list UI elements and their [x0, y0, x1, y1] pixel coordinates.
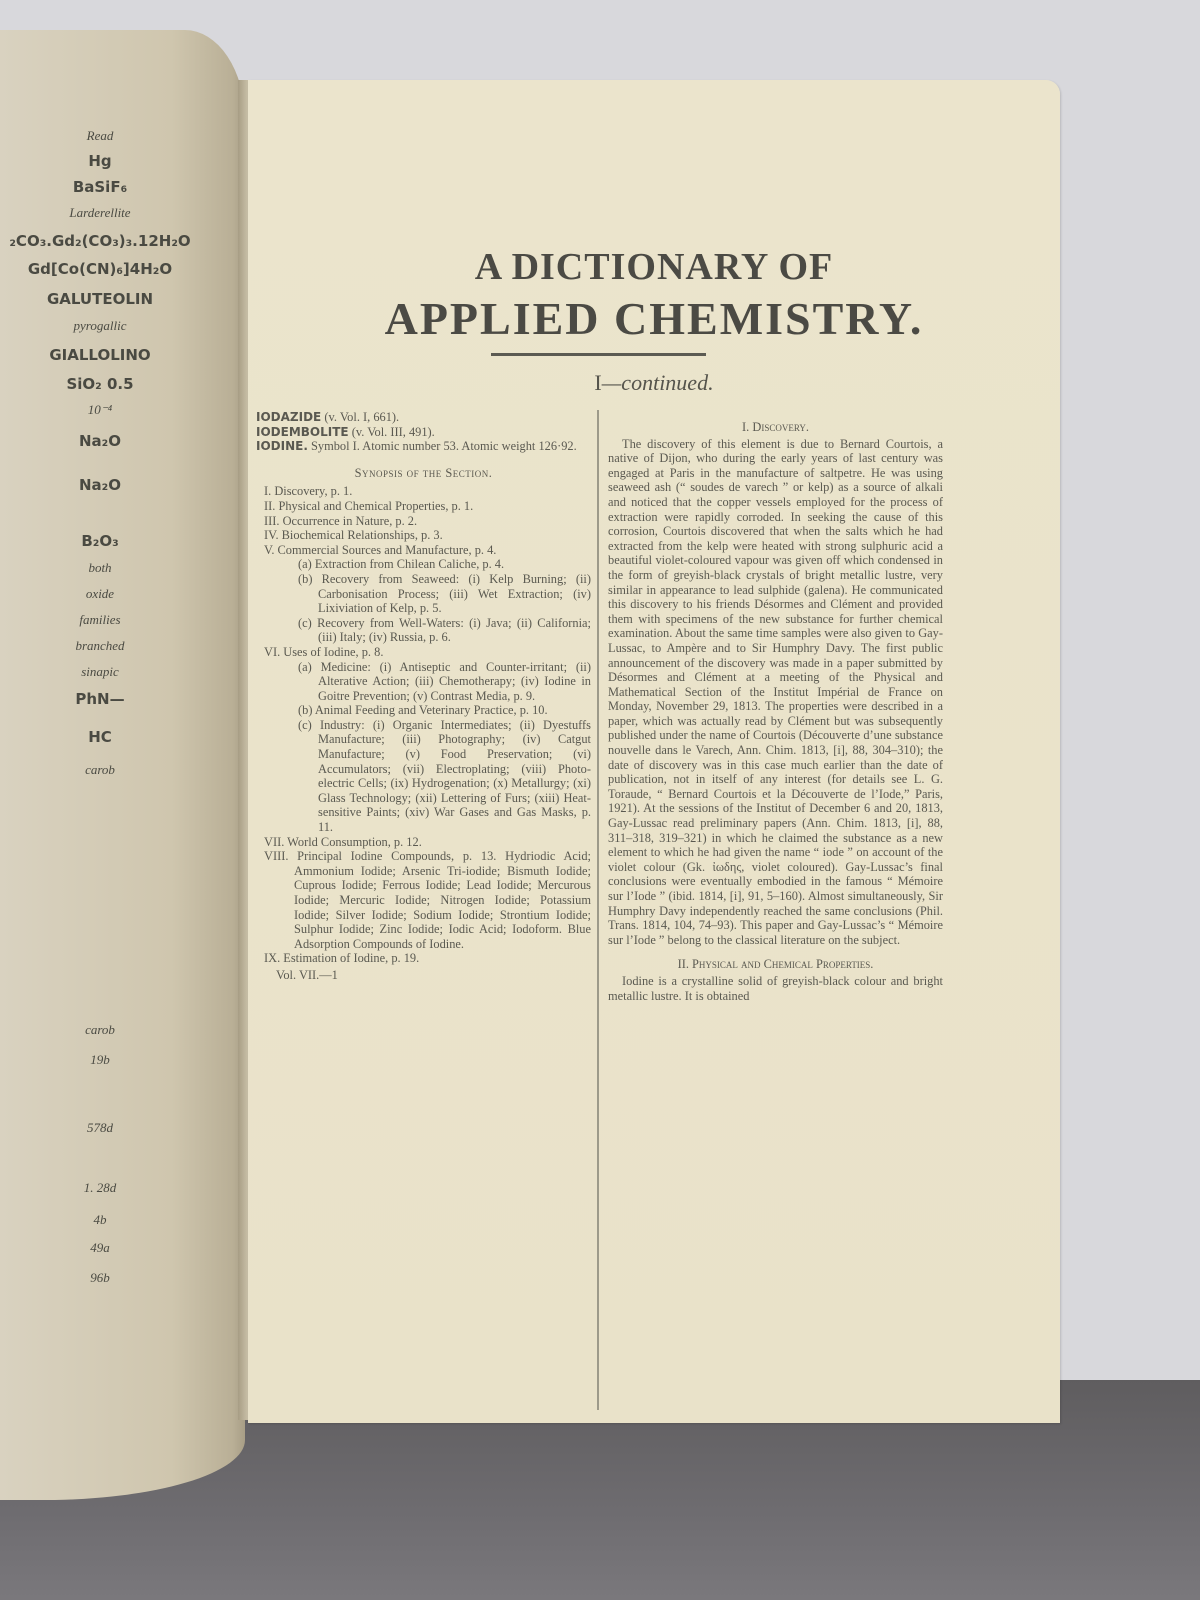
- margin-entry: Larderellite: [0, 205, 200, 221]
- right-text-column: I. Discovery. The discovery of this elem…: [608, 420, 943, 1013]
- section-heading: I—continued.: [248, 370, 1060, 396]
- margin-entry: oxide: [0, 586, 200, 602]
- entry-headword: IODINE.: [256, 439, 308, 453]
- section-suffix: —continued.: [602, 370, 714, 395]
- margin-entry: SiO₂ 0.5: [0, 375, 200, 393]
- margin-entry: Gd[Co(CN)₆]4H₂O: [0, 260, 200, 278]
- synopsis-item: IV. Biochemical Relationships, p. 3.: [256, 528, 591, 543]
- margin-entry: both: [0, 560, 200, 576]
- title-rule: [491, 353, 706, 356]
- margin-entry: 49a: [0, 1240, 200, 1256]
- title-line-2: APPLIED CHEMISTRY.: [248, 292, 1060, 345]
- entry-text: (v. Vol. III, 491).: [349, 425, 435, 439]
- margin-entry: 1. 28d: [0, 1180, 200, 1196]
- margin-entry: carob: [0, 762, 200, 778]
- margin-entry: 578d: [0, 1120, 200, 1136]
- margin-entry: BaSiF₆: [0, 178, 200, 196]
- margin-entry: 4b: [0, 1212, 200, 1228]
- dictionary-entries: IODAZIDE (v. Vol. I, 661).IODEMBOLITE (v…: [256, 410, 591, 454]
- synopsis-item: (b) Recovery from Seaweed: (i) Kelp Burn…: [256, 572, 591, 616]
- margin-entry: B₂O₃: [0, 532, 200, 550]
- synopsis-item: (a) Extraction from Chilean Caliche, p. …: [256, 557, 591, 572]
- synopsis-item: VII. World Consumption, p. 12.: [256, 835, 591, 850]
- volume-signature: Vol. VII.—1: [256, 968, 591, 983]
- entry-headword: IODEMBOLITE: [256, 425, 349, 439]
- synopsis-item: VI. Uses of Iodine, p. 8.: [256, 645, 591, 660]
- dictionary-entry: IODINE. Symbol I. Atomic number 53. Atom…: [256, 439, 591, 454]
- margin-entry: carob: [0, 1022, 200, 1038]
- discovery-paragraph: The discovery of this element is due to …: [608, 437, 943, 948]
- left-page: ReadHgBaSiF₆Larderellite₂CO₃.Gd₂(CO₃)₃.1…: [0, 30, 245, 1500]
- synopsis-item: (b) Animal Feeding and Veterinary Practi…: [256, 703, 591, 718]
- dictionary-entry: IODEMBOLITE (v. Vol. III, 491).: [256, 425, 591, 440]
- margin-entry: Hg: [0, 152, 200, 170]
- title-line-1: A DICTIONARY OF: [248, 245, 1060, 289]
- margin-entry: Na₂O: [0, 432, 200, 450]
- margin-entry: Read: [0, 128, 200, 144]
- section-letter: I: [594, 370, 601, 395]
- discovery-heading: I. Discovery.: [608, 420, 943, 435]
- entry-text: (v. Vol. I, 661).: [321, 410, 399, 424]
- right-page: A DICTIONARY OF APPLIED CHEMISTRY. I—con…: [248, 80, 1060, 1423]
- properties-paragraph: Iodine is a crystalline solid of greyish…: [608, 974, 943, 1003]
- entry-text: Symbol I. Atomic number 53. Atomic weigh…: [308, 439, 577, 453]
- synopsis-item: (c) Industry: (i) Organic Intermediates;…: [256, 718, 591, 835]
- left-text-column: IODAZIDE (v. Vol. I, 661).IODEMBOLITE (v…: [256, 410, 591, 983]
- synopsis-item: (a) Medicine: (i) Antiseptic and Counter…: [256, 660, 591, 704]
- synopsis-item: V. Commercial Sources and Manufacture, p…: [256, 543, 591, 558]
- synopsis-item: III. Occurrence in Nature, p. 2.: [256, 514, 591, 529]
- margin-entry: GIALLOLINO: [0, 346, 200, 364]
- margin-entry: pyrogallic: [0, 318, 200, 334]
- margin-entry: GALUTEOLIN: [0, 290, 200, 308]
- column-divider: [597, 410, 599, 1410]
- margin-entry: sinapic: [0, 664, 200, 680]
- margin-entry: 10⁻⁴: [0, 402, 200, 418]
- margin-entry: PhN—: [0, 690, 200, 708]
- synopsis-title: Synopsis of the Section.: [256, 466, 591, 481]
- entry-headword: IODAZIDE: [256, 410, 321, 424]
- margin-entry: branched: [0, 638, 200, 654]
- properties-heading: II. Physical and Chemical Properties.: [608, 957, 943, 972]
- margin-entry: ₂CO₃.Gd₂(CO₃)₃.12H₂O: [0, 232, 200, 250]
- synopsis-item: (c) Recovery from Well-Waters: (i) Java;…: [256, 616, 591, 645]
- synopsis-item: II. Physical and Chemical Properties, p.…: [256, 499, 591, 514]
- margin-entry: 19b: [0, 1052, 200, 1068]
- synopsis-item: IX. Estimation of Iodine, p. 19.: [256, 951, 591, 966]
- synopsis-item: I. Discovery, p. 1.: [256, 484, 591, 499]
- synopsis-list: I. Discovery, p. 1.II. Physical and Chem…: [256, 484, 591, 966]
- dictionary-entry: IODAZIDE (v. Vol. I, 661).: [256, 410, 591, 425]
- synopsis-item: VIII. Principal Iodine Compounds, p. 13.…: [256, 849, 591, 951]
- margin-entry: HC: [0, 728, 200, 746]
- margin-entry: families: [0, 612, 200, 628]
- margin-entry: 96b: [0, 1270, 200, 1286]
- margin-entry: Na₂O: [0, 476, 200, 494]
